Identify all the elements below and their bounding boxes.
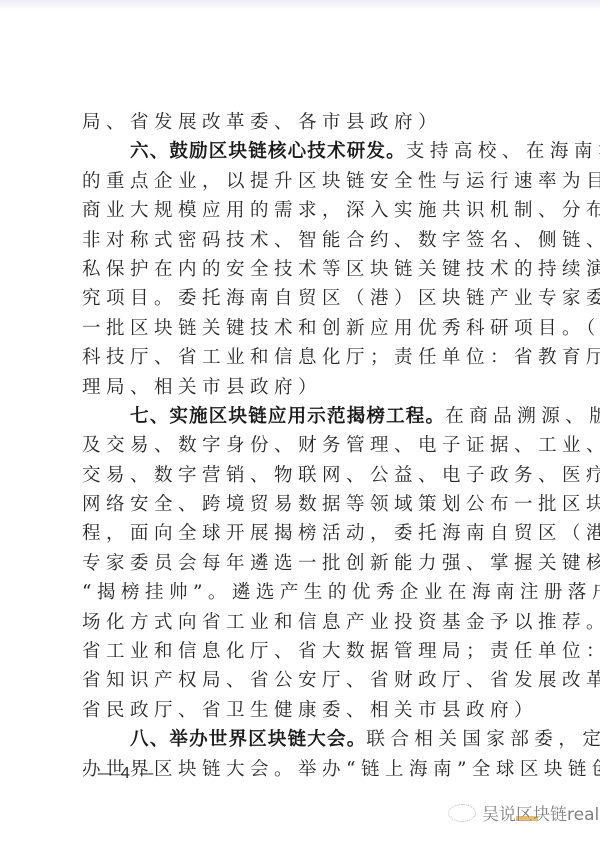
text-line: 及交易、数字身份、财务管理、电子证据、工业、能源、大数据 xyxy=(82,431,522,460)
text-line: 省民政厅、省卫生健康委、相关市县政府） xyxy=(82,696,522,725)
text-line: 局、省发展改革委、各市县政府） xyxy=(82,108,522,137)
section-heading-line: 八、举办世界区块链大会。联合相关国家部委，定期定址举 xyxy=(82,725,522,754)
page-number: — 4 — xyxy=(97,764,156,782)
text-line: 商业大规模应用的需求，深入实施共识机制、分布式计算与存储、 xyxy=(82,196,522,225)
watermark: 吴说区块链real xyxy=(448,800,599,825)
section-8-heading: 八、举办世界区块链大会。 xyxy=(130,729,366,750)
text-line: 省工业和信息化厅、省大数据管理局；责任单位：省市场监管局、 xyxy=(82,637,522,666)
text-line: 专家委员会每年遴选一批创新能力强、掌握关键核心技术的单位 xyxy=(82,549,522,578)
text-line: 场化方式向省工业和信息产业投资基金予以推荐。（牵头单位： xyxy=(82,608,522,637)
section-7-heading: 七、实施区块链应用示范揭榜工程。 xyxy=(130,406,445,427)
text-line: 的重点企业，以提升区块链安全性与运行速率为目标，围绕满足 xyxy=(82,167,522,196)
document-body: 局、省发展改革委、各市县政府） 六、鼓励区块链核心技术研发。支持高校、在海南注册… xyxy=(82,108,522,784)
text-line: 科技厅、省工业和信息化厅；责任单位：省教育厅、省大数据管 xyxy=(82,343,522,372)
text-line: 省知识产权局、省公安厅、省财政厅、省发展改革委、省商务厅、 xyxy=(82,666,522,695)
wechat-logo-icon xyxy=(448,804,476,822)
text-line: 一批区块链关键技术和创新应用优秀科研项目。（牵头单位：省 xyxy=(82,314,522,343)
section-6-heading: 六、鼓励区块链核心技术研发。 xyxy=(130,141,406,162)
watermark-text: 吴说区块链real xyxy=(482,800,599,825)
text-line: 私保护在内的安全技术等区块链关键技术的持续演进和升级研 xyxy=(82,255,522,284)
text-line: 网络安全、跨境贸易数据等领域策划公布一批区块链应用示范工 xyxy=(82,490,522,519)
text-line: 理局、相关市县政府） xyxy=(82,373,522,402)
text-line: 非对称式密码技术、智能合约、数字签名、侧链、分片和包括隐 xyxy=(82,226,522,255)
text-line: 程，面向全球开展揭榜活动，委托海南自贸区（港）区块链产业 xyxy=(82,519,522,548)
text-line: “揭榜挂帅”。遴选产生的优秀企业在海南注册落户的，可按市 xyxy=(82,578,522,607)
text-line: 究项目。委托海南自贸区（港）区块链产业专家委员会每年评选 xyxy=(82,284,522,313)
scan-edge-shadow xyxy=(0,0,600,10)
section-heading-line: 七、实施区块链应用示范揭榜工程。在商品溯源、版权保护 xyxy=(82,402,522,431)
text-line: 交易、数字营销、物联网、公益、电子政务、医疗健康、教育、 xyxy=(82,461,522,490)
section-heading-line: 六、鼓励区块链核心技术研发。支持高校、在海南注册落户 xyxy=(82,137,522,166)
